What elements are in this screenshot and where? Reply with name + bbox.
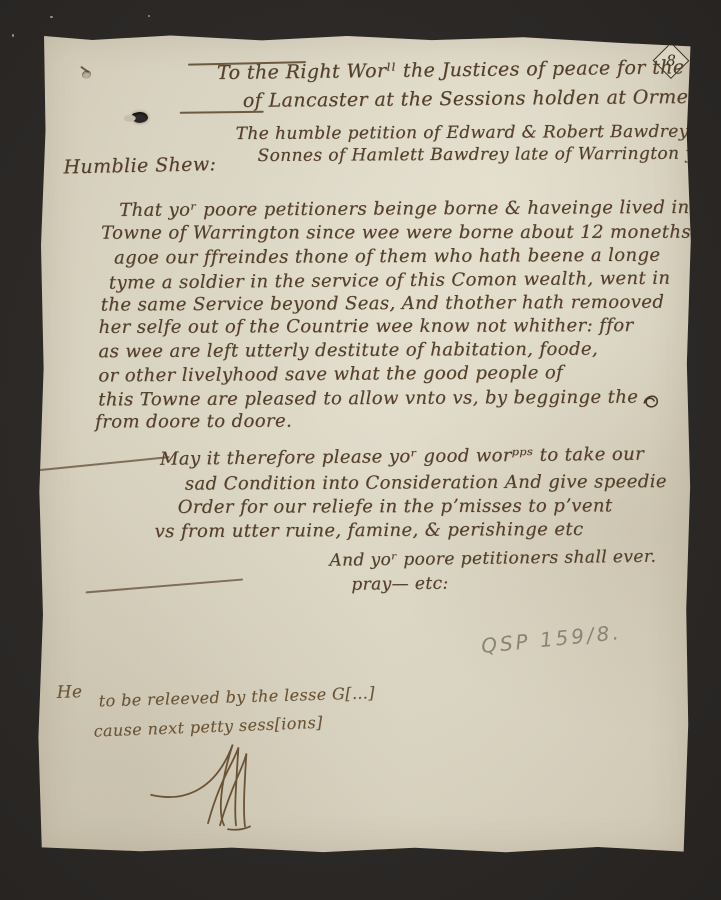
manuscript-paper: 8 To the Right Worˡˡ the Justices of pea… bbox=[36, 32, 693, 855]
body-line-9: this Towne are pleased to allow vnto vs,… bbox=[98, 387, 638, 411]
flourish-stroke bbox=[38, 456, 169, 471]
subscription-line-2: pray— etc: bbox=[351, 574, 449, 595]
flourish-stroke bbox=[85, 578, 243, 592]
body-line-5: the same Service beyond Seas, And thothe… bbox=[101, 292, 665, 316]
body-line-4: tyme a soldier in the service of this Co… bbox=[109, 268, 671, 294]
address-line-1: To the Right Worˡˡ the Justices of peace… bbox=[217, 55, 721, 84]
endorsement-prefix: He bbox=[56, 682, 82, 703]
dust-speck bbox=[12, 34, 14, 37]
body-line-3: agoe our ffreindes thone of them who hat… bbox=[114, 245, 661, 269]
prayer-line-2: sad Condition into Consideration And giv… bbox=[185, 471, 667, 495]
photo-background: 8 To the Right Worˡˡ the Justices of pea… bbox=[0, 0, 721, 900]
prayer-line-1: May it therefore please yoʳ good worᵖᵖˢ … bbox=[160, 444, 644, 470]
body-line-6: her selfe out of the Countrie wee know n… bbox=[99, 315, 634, 338]
body-line-8: or other livelyhood save what the good p… bbox=[98, 362, 563, 386]
paper-stain bbox=[124, 115, 136, 122]
archive-reference: QSP 159/8. bbox=[480, 620, 623, 658]
body-line-1: That yoʳ poore petitioners beinge borne … bbox=[119, 197, 721, 221]
signature-paraph bbox=[146, 733, 297, 834]
endorsement-line-1: to be releeved by the lesse G[…] bbox=[98, 683, 375, 710]
margin-note: Humblie Shew: bbox=[63, 153, 216, 178]
address-line-2: of Lancaster at the Sessions holden at O… bbox=[243, 85, 721, 111]
dust-speck bbox=[148, 15, 150, 17]
prayer-line-3: Order for our reliefe in the pʼmisses to… bbox=[178, 495, 613, 518]
body-line-2: Towne of Warrington since wee were borne… bbox=[101, 222, 691, 244]
prayer-line-4: vs from utter ruine, famine, & perishing… bbox=[154, 519, 583, 542]
body-line-7: as wee are left utterly destitute of hab… bbox=[98, 339, 598, 363]
ink-scribble bbox=[640, 391, 662, 411]
title-line-2: Sonnes of Hamlett Bawdrey late of Warrin… bbox=[257, 143, 721, 166]
dust-speck bbox=[50, 16, 53, 18]
title-line-1: The humble petition of Edward & Robert B… bbox=[236, 121, 721, 144]
body-line-10: from doore to doore. bbox=[95, 411, 292, 433]
subscription-line-1: And yoʳ poore petitioners shall ever. bbox=[329, 547, 656, 571]
